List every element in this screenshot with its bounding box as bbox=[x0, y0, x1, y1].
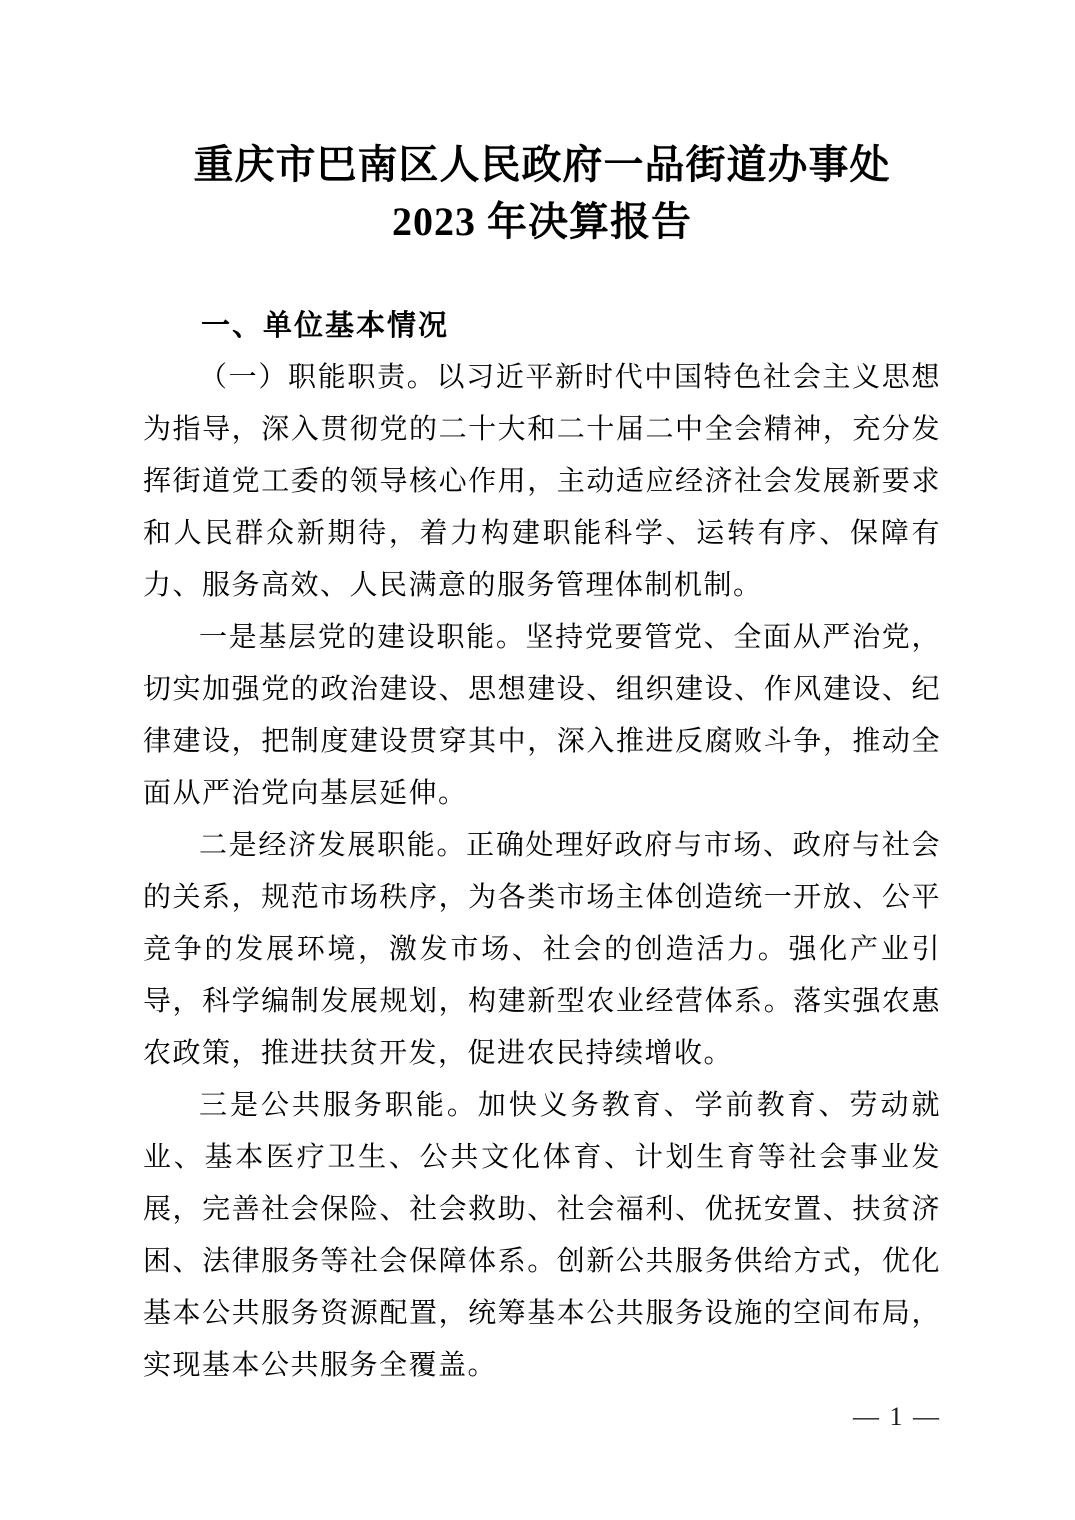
page-footer: — 1 — bbox=[853, 1402, 941, 1432]
page-number: — 1 — bbox=[853, 1402, 941, 1431]
document-page: 重庆市巴南区人民政府一品街道办事处 2023 年决算报告 一、单位基本情况 （一… bbox=[0, 0, 1075, 1520]
section-heading-basic-info: 一、单位基本情况 bbox=[143, 300, 941, 352]
title-line-1: 重庆市巴南区人民政府一品街道办事处 bbox=[143, 136, 941, 193]
document-title: 重庆市巴南区人民政府一品街道办事处 2023 年决算报告 bbox=[143, 136, 941, 250]
title-line-2: 2023 年决算报告 bbox=[143, 193, 941, 250]
paragraph-party-building: 一是基层党的建设职能。坚持党要管党、全面从严治党，切实加强党的政治建设、思想建设… bbox=[143, 612, 941, 820]
paragraph-duties-overview: （一）职能职责。以习近平新时代中国特色社会主义思想为指导，深入贯彻党的二十大和二… bbox=[143, 352, 941, 612]
paragraph-public-service: 三是公共服务职能。加快义务教育、学前教育、劳动就业、基本医疗卫生、公共文化体育、… bbox=[143, 1080, 941, 1392]
paragraph-economic-development: 二是经济发展职能。正确处理好政府与市场、政府与社会的关系，规范市场秩序，为各类市… bbox=[143, 820, 941, 1080]
